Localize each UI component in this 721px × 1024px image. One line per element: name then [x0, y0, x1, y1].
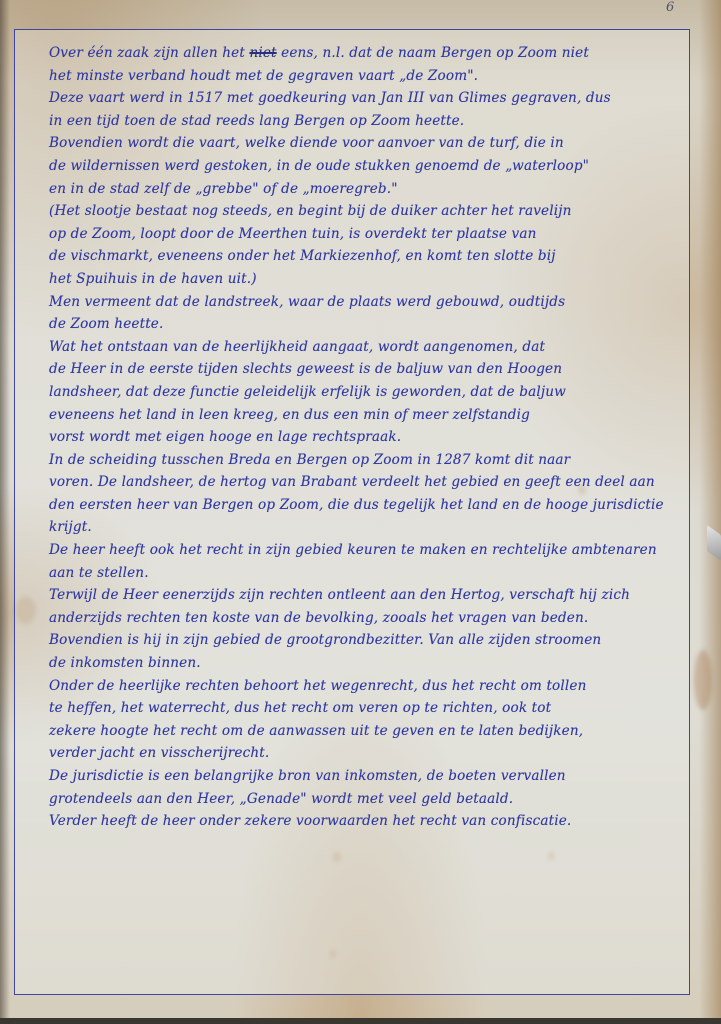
text-line: de wildernissen werd gestoken, in de oud…	[49, 155, 699, 178]
text-line: Onder de heerlijke rechten behoort het w…	[49, 675, 699, 698]
text-line: de Zoom heette.	[49, 313, 699, 336]
text-line: Terwijl de Heer eenerzijds zijn rechten …	[49, 584, 699, 607]
text-line: De heer heeft ook het recht in zijn gebi…	[49, 539, 699, 562]
text-line: landsheer, dat deze functie geleidelijk …	[49, 381, 699, 404]
text-line: zekere hoogte het recht om de aanwassen …	[49, 720, 699, 743]
text-line: De jurisdictie is een belangrijke bron v…	[49, 765, 699, 788]
text-line: aan te stellen.	[49, 562, 699, 585]
text-line: In de scheiding tusschen Breda en Bergen…	[49, 449, 699, 472]
text-line: Verder heeft de heer onder zekere voorwa…	[49, 810, 699, 833]
binding-shadow	[0, 0, 10, 1024]
text-line: te heffen, het waterrecht, dus het recht…	[49, 697, 699, 720]
text-line: krijgt.	[49, 516, 699, 539]
page-number: 6	[666, 0, 674, 15]
text-line: en in de stad zelf de „grebbe" of de „mo…	[49, 178, 699, 201]
struck-word: niet	[249, 45, 276, 61]
text-line: (Het slootje bestaat nog steeds, en begi…	[49, 200, 699, 223]
page-bottom-edge	[0, 1018, 721, 1024]
text-line: Bovendien is hij in zijn gebied de groot…	[49, 629, 699, 652]
text-line: den eersten heer van Bergen op Zoom, die…	[49, 494, 699, 517]
manuscript-photo: 6 Over één zaak zijn allen het niet eens…	[0, 0, 721, 1024]
text-line: op de Zoom, loopt door de Meerthen tuin,…	[49, 223, 699, 246]
text-line: de inkomsten binnen.	[49, 652, 699, 675]
text-line: vorst wordt met eigen hooge en lage rech…	[49, 426, 699, 449]
text-line: Over één zaak zijn allen het niet eens, …	[49, 42, 699, 65]
text-segment: eens, n.l. dat de naam Bergen op Zoom ni…	[277, 45, 589, 61]
page-edge	[699, 0, 721, 1024]
handwritten-text: Over één zaak zijn allen het niet eens, …	[49, 42, 699, 833]
text-line: eveneens het land in leen kreeg, en dus …	[49, 404, 699, 427]
text-line: anderzijds rechten ten koste van de bevo…	[49, 607, 699, 630]
text-line: het Spuihuis in de haven uit.)	[49, 268, 699, 291]
text-line: Wat het ontstaan van de heerlijkheid aan…	[49, 336, 699, 359]
text-line: de vischmarkt, eveneens onder het Markie…	[49, 245, 699, 268]
text-line: het minste verband houdt met de gegraven…	[49, 65, 699, 88]
text-line: Bovendien wordt die vaart, welke diende …	[49, 132, 699, 155]
text-segment: Over één zaak zijn allen het	[49, 45, 249, 61]
text-line: verder jacht en visscherijrecht.	[49, 742, 699, 765]
text-line: voren. De landsheer, de hertog van Braba…	[49, 471, 699, 494]
text-line: Men vermeent dat de landstreek, waar de …	[49, 291, 699, 314]
text-line: Deze vaart werd in 1517 met goedkeuring …	[49, 87, 699, 110]
text-line: in een tijd toen de stad reeds lang Berg…	[49, 110, 699, 133]
text-line: grotendeels aan den Heer, „Genade" wordt…	[49, 788, 699, 811]
text-line: de Heer in de eerste tijden slechts gewe…	[49, 358, 699, 381]
